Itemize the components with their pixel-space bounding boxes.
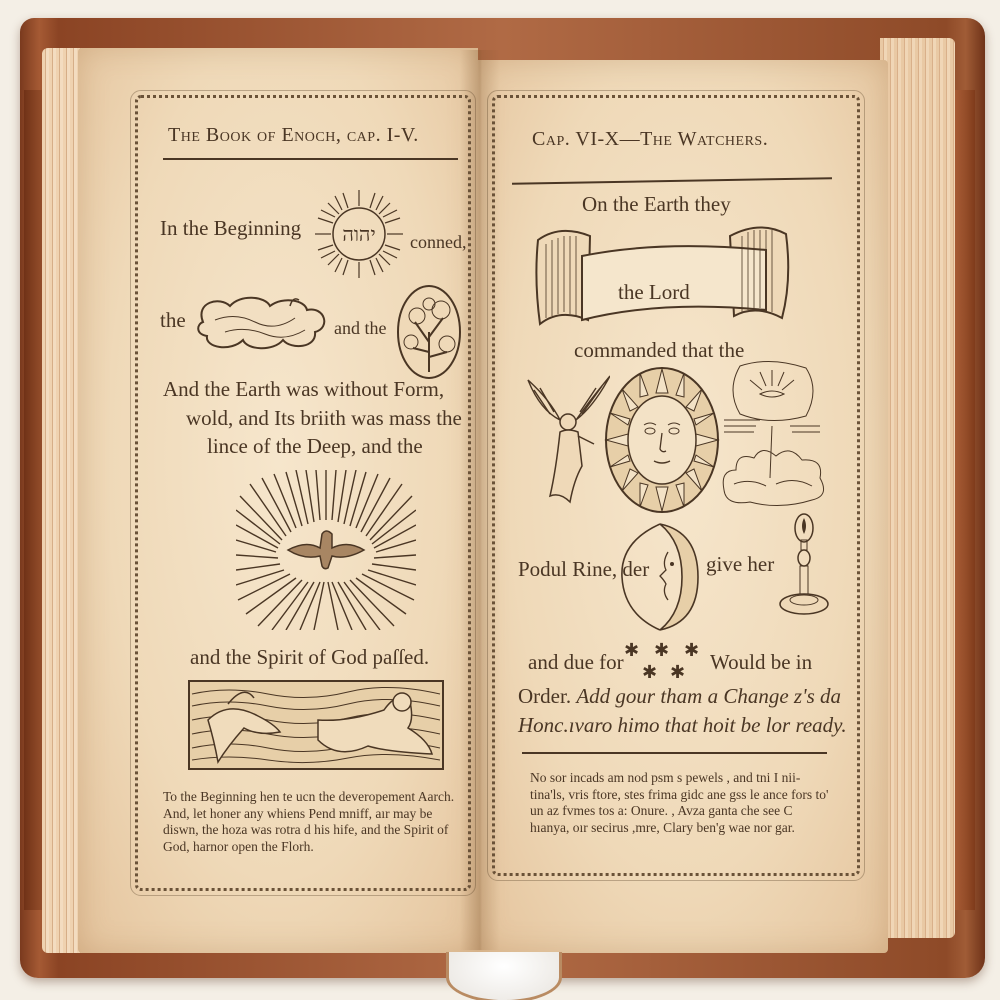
right-stars-line-before: and due for [528,650,624,675]
left-caption: and the Spirit of God paſſed. [190,645,429,670]
left-para-line-3: lince of the Deep, and the [207,434,423,459]
crescent-moon-face-icon [620,522,700,632]
right-moon-line-after: give her [706,552,774,577]
right-running-head: Cap. VI-X—The Watchers. [532,128,768,151]
order-italic: Add gour tham a Change z's da [576,684,841,708]
left-para-line-2: wold, and Its briith was mass the [186,406,462,431]
left-line1-text: In the Beginning [160,216,301,241]
tetragrammaton-sunburst-icon: יהוה [313,188,405,280]
cloud-figure-icon [195,292,331,352]
left-para-line-1: And the Earth was without Form, [163,377,444,402]
page-edges-right [880,38,955,938]
right-line-3: commanded that the [574,338,744,363]
angels-on-waters-icon [188,680,444,770]
candlestick-icon [778,512,830,618]
sun-face-icon [604,365,720,515]
left-line2-text: the [160,308,186,333]
right-line-1: On the Earth they [582,192,731,217]
svg-text:✱: ✱ [642,662,657,683]
right-last-italic-line: Honc.ıvaro himo that hoit be lor ready. [518,713,847,738]
svg-text:✱: ✱ [684,640,699,661]
right-footnote-rule [522,752,827,754]
radiant-dove-icon [236,470,416,630]
scroll-banner-icon [530,220,792,332]
winged-angel-icon [520,370,610,510]
dove-over-clouds-icon [720,360,825,510]
svg-text:✱: ✱ [670,662,685,683]
right-stars-line-after: Would be in [710,650,812,675]
oval-tree-vignette-icon [395,282,463,382]
stars-icon: ✱✱✱ ✱✱ [624,640,702,684]
left-footnote: To the Beginning hen te ucn the deverope… [163,789,463,855]
order-roman: Order. [518,684,571,708]
bookmark-ribbon [446,952,562,1000]
left-running-head: The Book of Enoch, cap. I-V. [168,124,419,147]
right-order-line: Order. Add gour tham a Change z's da [518,684,841,709]
svg-text:✱: ✱ [624,640,639,661]
book-photo: The Book of Enoch, cap. I-V. In the Begi… [0,0,1000,1000]
left-line2-mid: and the [334,318,386,339]
right-footnote: No sor incads am nod psm s pewels , and … [530,770,835,836]
svg-text:יהוה: יהוה [342,222,375,246]
left-line1-end: conned, [410,232,466,253]
banner-text: the Lord [618,280,690,305]
left-head-rule [163,158,458,160]
svg-text:✱: ✱ [654,640,669,661]
